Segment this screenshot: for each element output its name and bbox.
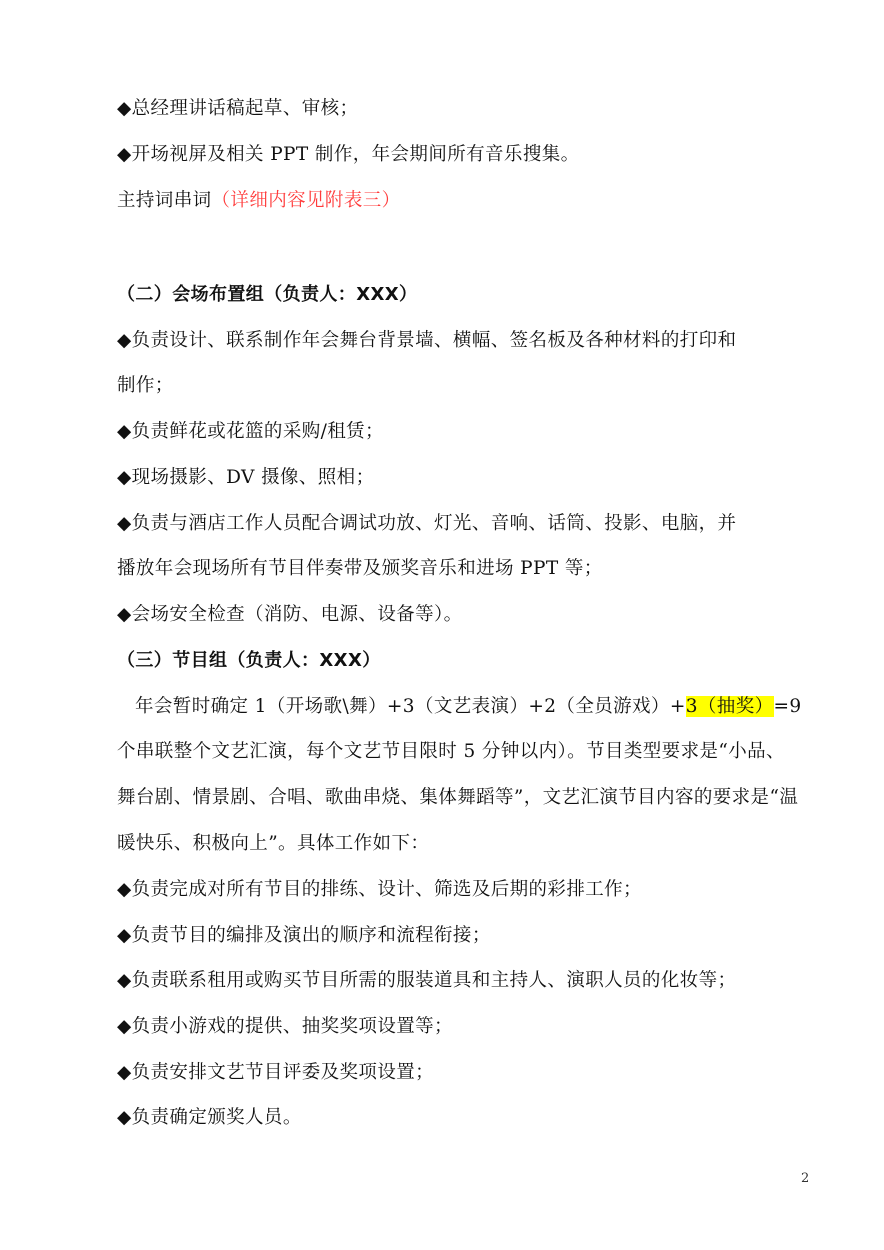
section3-para-line4: 暖快乐、积极向上”。具体工作如下： <box>117 832 429 856</box>
section3-heading: （三）节目组（负责人：XXX） <box>117 649 381 673</box>
section2-bullet4-line2: 播放年会现场所有节目伴奏带及颁奖音乐和进场 PPT 等； <box>117 557 603 581</box>
section3-bullet: ◆负责联系租用或购买节目所需的服装道具和主持人、演职人员的化妆等； <box>117 969 736 993</box>
para-text: 年会暂时确定 1（开场歌\舞）+3（文艺表演）+2（全员游戏）+ <box>117 696 686 717</box>
page-number: 2 <box>801 1171 809 1186</box>
bullet-speech-draft: ◆总经理讲话稿起草、审核； <box>117 97 358 121</box>
section3-bullet: ◆负责节目的编排及演出的顺序和流程衔接； <box>117 924 491 948</box>
appendix-reference: （详细内容见附表三） <box>212 190 401 211</box>
section3-bullet: ◆负责安排文艺节目评委及奖项设置； <box>117 1061 434 1085</box>
highlighted-lottery: 3（抽奖） <box>686 696 774 717</box>
section2-bullet1-line1: ◆负责设计、联系制作年会舞台背景墙、横幅、签名板及各种材料的打印和 <box>117 329 736 353</box>
bullet-ppt-music: ◆开场视屏及相关 PPT 制作，年会期间所有音乐搜集。 <box>117 143 580 167</box>
section3-bullet: ◆负责小游戏的提供、抽奖奖项设置等； <box>117 1015 453 1039</box>
section2-bullet1-line2: 制作； <box>117 374 174 398</box>
section3-para-line1: 年会暂时确定 1（开场歌\舞）+3（文艺表演）+2（全员游戏）+3（抽奖）=9 <box>117 695 802 719</box>
section2-bullet3: ◆现场摄影、DV 摄像、照相； <box>117 466 374 490</box>
section2-bullet5: ◆会场安全检查（消防、电源、设备等）。 <box>117 603 463 627</box>
section3-para-line3: 舞台剧、情景剧、合唱、歌曲串烧、集体舞蹈等”，文艺汇演节目内容的要求是“温 <box>117 786 798 810</box>
para-total: =9 <box>774 696 802 717</box>
section3-para-line2: 个串联整个文艺汇演，每个文艺节目限时 5 分钟以内）。节目类型要求是“小品、 <box>117 740 785 764</box>
section2-heading: （二）会场布置组（负责人：XXX） <box>117 283 417 307</box>
host-script-line: 主持词串词（详细内容见附表三） <box>117 189 401 213</box>
host-script-label: 主持词串词 <box>117 190 212 211</box>
section2-bullet2: ◆负责鲜花或花篮的采购/租赁； <box>117 420 384 444</box>
section2-bullet4-line1: ◆负责与酒店工作人员配合调试功放、灯光、音响、话筒、投影、电脑，并 <box>117 512 736 536</box>
section3-bullet: ◆负责确定颁奖人员。 <box>117 1106 302 1130</box>
section3-bullet: ◆负责完成对所有节目的排练、设计、筛选及后期的彩排工作； <box>117 878 642 902</box>
